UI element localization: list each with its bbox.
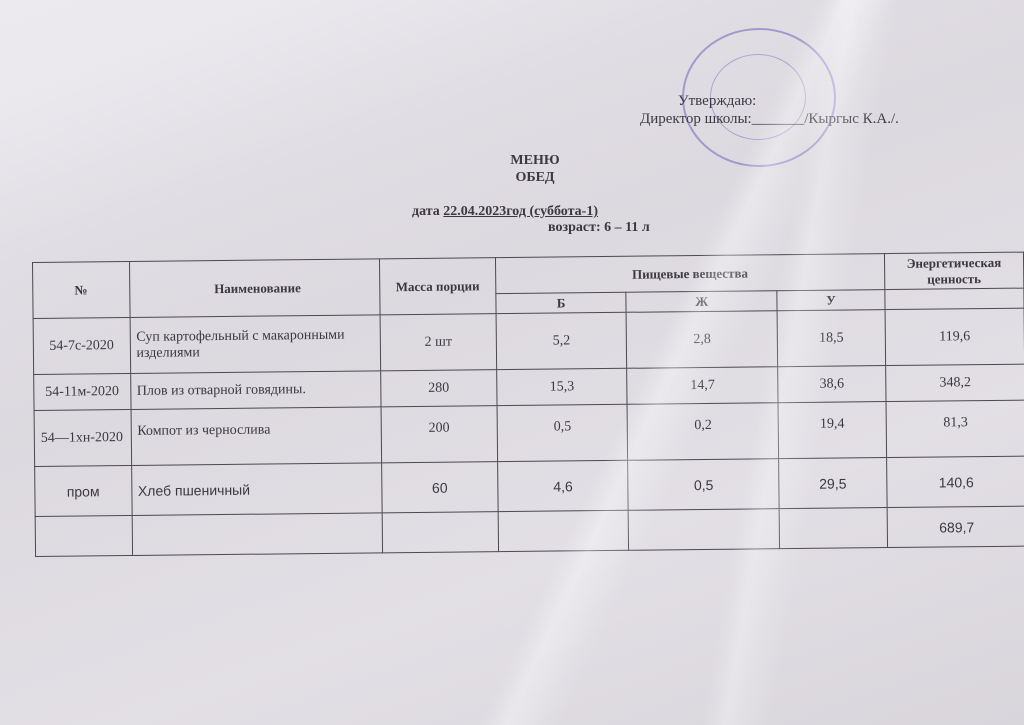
cell-zh: 14,7 (627, 367, 778, 405)
cell-u: 38,6 (778, 366, 886, 403)
cell-u: 29,5 (779, 458, 887, 509)
header-no: № (33, 261, 130, 318)
cell-empty (629, 509, 780, 551)
cell-b: 5,2 (496, 312, 627, 369)
cell-energy: 119,6 (885, 308, 1024, 365)
cell-mass: 200 (381, 406, 498, 463)
cell-u: 19,4 (778, 402, 886, 459)
cell-name: Суп картофельный с макаронными изделиями (130, 315, 381, 374)
director-name: /Кыргыс К.А./. (804, 111, 899, 127)
header-zh: Ж (626, 291, 777, 313)
cell-no: пром (35, 465, 132, 516)
header-energy-blank (885, 288, 1024, 309)
table-row: 54-7с-2020 Суп картофельный с макаронным… (33, 308, 1024, 374)
cell-name: Плов из отварной говядины. (130, 371, 381, 410)
date-value: 22.04.2023год (суббота-1) (443, 204, 598, 219)
header-nutrients: Пищевые вещества (495, 254, 884, 294)
approval-block: Утверждаю: Директор школы:_______/Кыргыс… (640, 92, 899, 128)
cell-empty (498, 510, 629, 551)
header-name: Наименование (129, 259, 380, 318)
menu-table: № Наименование Масса порции Пищевые веще… (32, 252, 1024, 557)
header-mass: Масса порции (379, 258, 496, 315)
cell-zh: 0,2 (627, 403, 778, 461)
meal-title: ОБЕД (470, 169, 600, 186)
cell-mass: 60 (382, 462, 499, 513)
cell-b: 0,5 (497, 404, 628, 461)
header-u: У (777, 290, 885, 311)
cell-total-energy: 689,7 (887, 506, 1024, 547)
cell-empty (779, 508, 887, 549)
cell-b: 15,3 (497, 368, 628, 405)
approval-label: Утверждаю: (640, 92, 899, 110)
date-label: дата (412, 204, 440, 219)
signature-line: _______ (752, 111, 805, 127)
table-row: 54—1хн-2020 Компот из чернослива 200 0,5… (34, 400, 1024, 466)
cell-name: Хлеб пшеничный (131, 463, 382, 516)
director-label: Директор школы: (640, 111, 752, 127)
cell-zh: 0,5 (628, 459, 779, 511)
menu-title: МЕНЮ (470, 152, 600, 169)
cell-empty (35, 515, 132, 556)
cell-energy: 81,3 (886, 400, 1024, 457)
cell-energy: 348,2 (885, 364, 1024, 401)
header-b: Б (496, 292, 627, 313)
document-title: МЕНЮ ОБЕД (470, 152, 600, 186)
cell-no: 54-7с-2020 (33, 317, 130, 374)
cell-b: 4,6 (497, 460, 628, 511)
cell-no: 54-11м-2020 (34, 373, 131, 410)
date-line: дата 22.04.2023год (суббота-1) (412, 204, 598, 220)
age-line: возраст: 6 – 11 л (548, 220, 650, 236)
cell-energy: 140,6 (886, 456, 1024, 507)
cell-mass: 2 шт (380, 314, 497, 371)
header-energy: Энергетическая ценность (884, 252, 1024, 289)
cell-name: Компот из чернослива (131, 407, 382, 466)
cell-empty (132, 513, 383, 556)
cell-no: 54—1хн-2020 (34, 409, 131, 466)
cell-empty (382, 512, 498, 553)
cell-zh: 2,8 (626, 311, 777, 369)
cell-mass: 280 (381, 370, 497, 407)
cell-u: 18,5 (777, 310, 885, 367)
